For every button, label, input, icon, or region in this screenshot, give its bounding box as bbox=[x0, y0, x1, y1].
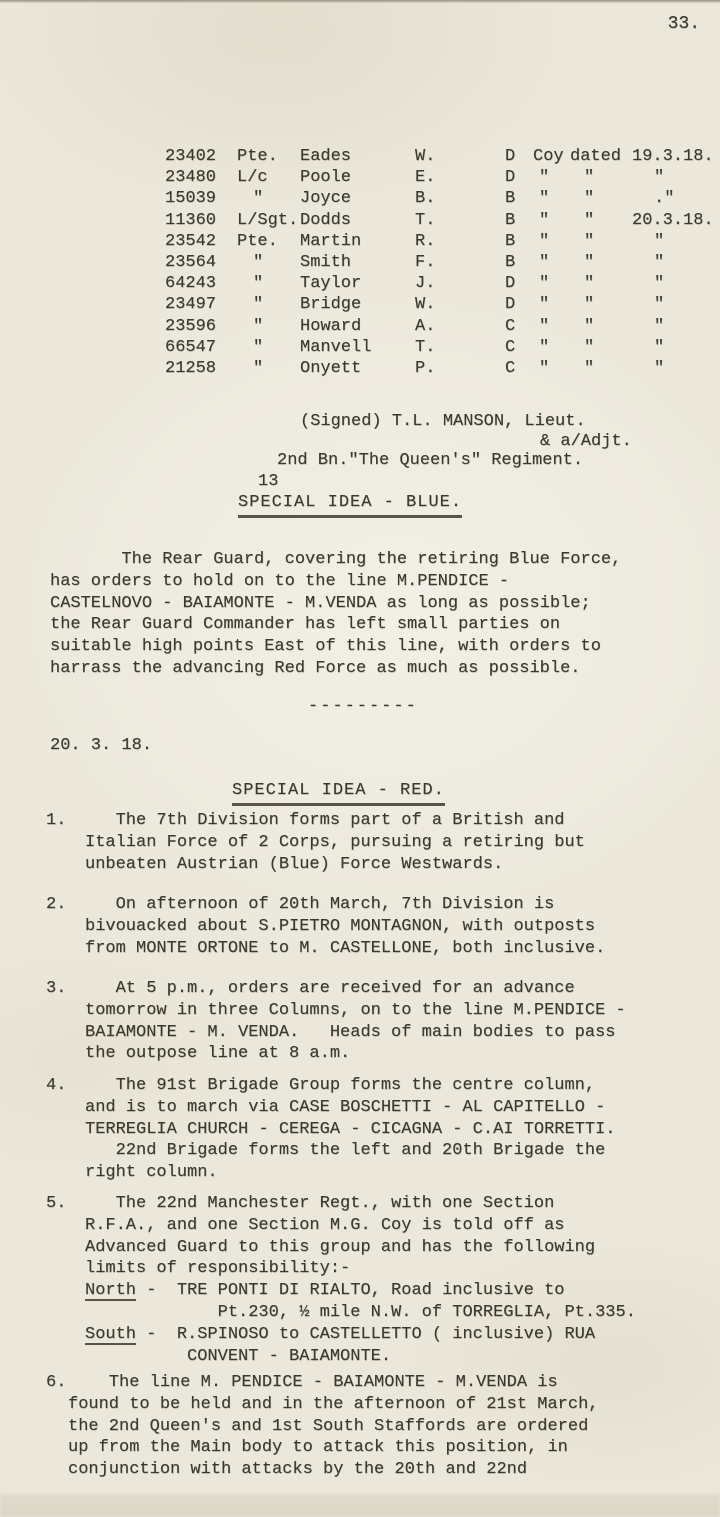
table-cell: W. bbox=[415, 146, 505, 167]
table-cell: " bbox=[533, 294, 570, 315]
item-number: 1. bbox=[46, 810, 66, 832]
item-text: The 91st Brigade Group forms the centre … bbox=[85, 1075, 616, 1184]
heading-special-idea-blue: SPECIAL IDEA - BLUE. bbox=[238, 492, 462, 518]
table-cell: 20.3.18. bbox=[632, 210, 714, 231]
table-row: 66547"ManvellT.C""" bbox=[165, 337, 714, 358]
table-cell: Coy bbox=[533, 146, 570, 167]
table-cell: " bbox=[570, 188, 632, 209]
roster-table: 23402Pte.EadesW.DCoydated19.3.18.23480L/… bbox=[165, 146, 714, 379]
table-cell: " bbox=[570, 358, 632, 379]
table-cell: J. bbox=[415, 273, 505, 294]
limit-north: North - TRE PONTI DI RIALTO, Road inclus… bbox=[85, 1280, 636, 1324]
table-row: 23480L/cPooleE.D""" bbox=[165, 167, 714, 188]
table-cell: " bbox=[533, 167, 570, 188]
red-item-5: 5. The 22nd Manchester Regt., with one S… bbox=[46, 1193, 636, 1367]
item-number: 2. bbox=[46, 894, 66, 916]
table-cell: " bbox=[570, 252, 632, 273]
blue-paragraph: The Rear Guard, covering the retiring Bl… bbox=[50, 549, 621, 680]
table-cell: 23402 bbox=[165, 146, 237, 167]
table-row: 15039"JoyceB.B""." bbox=[165, 188, 714, 209]
table-cell: B bbox=[505, 231, 533, 252]
table-cell: " bbox=[533, 210, 570, 231]
table-cell: C bbox=[505, 337, 533, 358]
table-cell: " bbox=[237, 273, 300, 294]
table-cell: " bbox=[237, 294, 300, 315]
table-cell: " bbox=[533, 358, 570, 379]
table-cell: " bbox=[237, 358, 300, 379]
table-cell: " bbox=[632, 337, 664, 358]
table-row: 23402Pte.EadesW.DCoydated19.3.18. bbox=[165, 146, 714, 167]
table-cell: B bbox=[505, 210, 533, 231]
table-cell: 23480 bbox=[165, 167, 237, 188]
table-cell: D bbox=[505, 273, 533, 294]
table-cell: " bbox=[570, 337, 632, 358]
table-cell: 23497 bbox=[165, 294, 237, 315]
table-cell: " bbox=[632, 316, 664, 337]
table-cell: Onyett bbox=[300, 358, 415, 379]
table-cell: " bbox=[632, 294, 664, 315]
item-text: The 22nd Manchester Regt., with one Sect… bbox=[85, 1193, 636, 1280]
table-cell: Bridge bbox=[300, 294, 415, 315]
red-item-6: 6. The line M. PENDICE - BAIAMONTE - M.V… bbox=[46, 1372, 599, 1481]
dash-separator: --------- bbox=[308, 696, 418, 718]
table-cell: 66547 bbox=[165, 337, 237, 358]
item-number: 3. bbox=[46, 978, 66, 1000]
table-cell: C bbox=[505, 316, 533, 337]
table-cell: D bbox=[505, 294, 533, 315]
table-cell: " bbox=[570, 210, 632, 231]
table-cell: " bbox=[632, 358, 664, 379]
entry-date: 20. 3. 18. bbox=[50, 735, 152, 757]
table-cell: Dodds bbox=[300, 210, 415, 231]
table-cell: Smith bbox=[300, 252, 415, 273]
table-cell: " bbox=[533, 337, 570, 358]
table-cell: A. bbox=[415, 316, 505, 337]
table-cell: " bbox=[533, 316, 570, 337]
table-row: 11360L/Sgt.DoddsT.B""20.3.18. bbox=[165, 210, 714, 231]
table-cell: " bbox=[237, 252, 300, 273]
table-cell: E. bbox=[415, 167, 505, 188]
table-cell: Joyce bbox=[300, 188, 415, 209]
table-cell: 23542 bbox=[165, 231, 237, 252]
limit-south: South - R.SPINOSO to CASTELLETTO ( inclu… bbox=[85, 1324, 636, 1368]
table-cell: " bbox=[570, 273, 632, 294]
table-cell: 19.3.18. bbox=[632, 146, 714, 167]
table-cell: " bbox=[570, 316, 632, 337]
item-text: On afternoon of 20th March, 7th Division… bbox=[85, 894, 605, 959]
table-cell: 23596 bbox=[165, 316, 237, 337]
limit-south-label: South bbox=[85, 1324, 136, 1345]
item-number: 4. bbox=[46, 1075, 66, 1097]
scanned-document-page: 33. 23402Pte.EadesW.DCoydated19.3.18.234… bbox=[0, 0, 720, 1517]
table-row: 21258"OnyettP.C""" bbox=[165, 358, 714, 379]
table-cell: " bbox=[570, 294, 632, 315]
table-cell: T. bbox=[415, 337, 505, 358]
scan-bottom-shadow bbox=[0, 1494, 720, 1517]
table-cell: " bbox=[632, 231, 664, 252]
table-cell: 21258 bbox=[165, 358, 237, 379]
table-cell: Manvell bbox=[300, 337, 415, 358]
item-number: 6. bbox=[46, 1372, 66, 1394]
red-item-1: 1. The 7th Division forms part of a Brit… bbox=[46, 810, 585, 875]
table-cell: " bbox=[237, 316, 300, 337]
table-cell: D bbox=[505, 146, 533, 167]
table-row: 23596"HowardA.C""" bbox=[165, 316, 714, 337]
table-cell: L/c bbox=[237, 167, 300, 188]
signature-line: (Signed) T.L. MANSON, Lieut. bbox=[300, 411, 586, 433]
red-item-3: 3. At 5 p.m., orders are received for an… bbox=[46, 978, 626, 1065]
table-cell: Martin bbox=[300, 231, 415, 252]
table-cell: L/Sgt. bbox=[237, 210, 300, 231]
table-cell: " bbox=[632, 167, 664, 188]
table-cell: Howard bbox=[300, 316, 415, 337]
item-text: At 5 p.m., orders are received for an ad… bbox=[85, 978, 626, 1065]
table-cell: " bbox=[533, 188, 570, 209]
table-cell: " bbox=[632, 273, 664, 294]
table-cell: Eades bbox=[300, 146, 415, 167]
item-text: The 7th Division forms part of a British… bbox=[85, 810, 585, 875]
table-cell: " bbox=[632, 252, 664, 273]
table-cell: Pte. bbox=[237, 146, 300, 167]
table-cell: " bbox=[533, 252, 570, 273]
table-cell: " bbox=[237, 188, 300, 209]
red-item-2: 2. On afternoon of 20th March, 7th Divis… bbox=[46, 894, 605, 959]
table-cell: 15039 bbox=[165, 188, 237, 209]
table-row: 23497"BridgeW.D""" bbox=[165, 294, 714, 315]
table-cell: D bbox=[505, 167, 533, 188]
heading-special-idea-red: SPECIAL IDEA - RED. bbox=[232, 780, 445, 806]
table-cell: F. bbox=[415, 252, 505, 273]
table-cell: Pte. bbox=[237, 231, 300, 252]
table-cell: P. bbox=[415, 358, 505, 379]
section-ref-number: 13 bbox=[258, 471, 278, 493]
table-cell: Taylor bbox=[300, 273, 415, 294]
table-row: 64243"TaylorJ.D""" bbox=[165, 273, 714, 294]
table-cell: W. bbox=[415, 294, 505, 315]
table-cell: 64243 bbox=[165, 273, 237, 294]
table-cell: ." bbox=[632, 188, 674, 209]
limit-north-text: - TRE PONTI DI RIALTO, Road inclusive to… bbox=[136, 1280, 636, 1324]
table-cell: " bbox=[570, 231, 632, 252]
table-cell: 23564 bbox=[165, 252, 237, 273]
signature-unit: 2nd Bn."The Queen's" Regiment. bbox=[277, 450, 583, 472]
table-cell: " bbox=[533, 231, 570, 252]
table-cell: B. bbox=[415, 188, 505, 209]
table-cell: T. bbox=[415, 210, 505, 231]
table-cell: " bbox=[570, 167, 632, 188]
scan-top-edge bbox=[0, 0, 720, 3]
table-cell: " bbox=[237, 337, 300, 358]
table-cell: " bbox=[533, 273, 570, 294]
item-number: 5. bbox=[46, 1193, 66, 1215]
table-cell: Poole bbox=[300, 167, 415, 188]
limit-north-label: North bbox=[85, 1280, 136, 1301]
table-cell: R. bbox=[415, 231, 505, 252]
table-cell: C bbox=[505, 358, 533, 379]
table-cell: B bbox=[505, 188, 533, 209]
table-cell: 11360 bbox=[165, 210, 237, 231]
page-number: 33. bbox=[0, 14, 700, 34]
table-row: 23564"SmithF.B""" bbox=[165, 252, 714, 273]
table-row: 23542Pte.MartinR.B""" bbox=[165, 231, 714, 252]
red-item-4: 4. The 91st Brigade Group forms the cent… bbox=[46, 1075, 616, 1184]
item-text: The line M. PENDICE - BAIAMONTE - M.VEND… bbox=[68, 1372, 599, 1481]
table-cell: B bbox=[505, 252, 533, 273]
table-cell: dated bbox=[570, 146, 632, 167]
limit-south-text: - R.SPINOSO to CASTELLETTO ( inclusive) … bbox=[136, 1324, 595, 1368]
